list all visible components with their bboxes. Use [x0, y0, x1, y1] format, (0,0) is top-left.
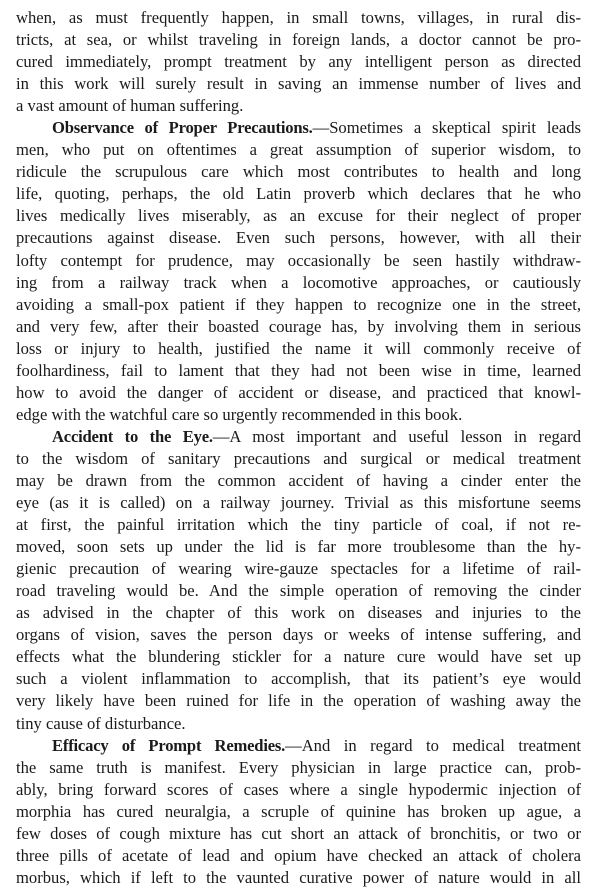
text-line: few doses of cough mixture has cut short… — [16, 823, 581, 845]
section-heading: Observance of Proper Precautions. — [52, 118, 313, 137]
text-line: life, quoting, perhaps, the old Latin pr… — [16, 183, 581, 205]
text-line: ing from a railway track when a locomoti… — [16, 272, 581, 294]
text-line: eye (as it is called) on a railway journ… — [16, 492, 581, 514]
text-line: loss or injury to health, justified the … — [16, 338, 581, 360]
text-line: men, who put on oftentimes a great assum… — [16, 139, 581, 161]
text-line: at first, the painful irritation which t… — [16, 514, 581, 536]
text-line: a vast amount of human suffering. — [16, 95, 581, 117]
text-line: ably, bring forward scores of cases wher… — [16, 779, 581, 801]
text-line: may be drawn from the common accident of… — [16, 470, 581, 492]
book-page: when, as must frequently happen, in smal… — [16, 7, 581, 889]
text-line: road traveling would be. And the simple … — [16, 580, 581, 602]
paragraph-first-line: Efficacy of Prompt Remedies.—And in rega… — [16, 735, 581, 757]
text-line: lives medically lives miserably, as an e… — [16, 205, 581, 227]
text-line: when, as must frequently happen, in smal… — [16, 7, 581, 29]
text-line: effects what the blundering stickler for… — [16, 646, 581, 668]
text-line: tricts, at sea, or whilst traveling in f… — [16, 29, 581, 51]
text-line: as advised in the chapter of this work o… — [16, 602, 581, 624]
text-line: gienic precaution of wearing wire-gauze … — [16, 558, 581, 580]
text-line: foolhardiness, fail to lament that they … — [16, 360, 581, 382]
section-heading: Efficacy of Prompt Remedies. — [52, 736, 285, 755]
text-run: —A most important and useful lesson in r… — [213, 427, 581, 446]
text-line: in this work will surely result in savin… — [16, 73, 581, 95]
paragraph-accident-to-the-eye: Accident to the Eye.—A most important an… — [16, 426, 581, 735]
section-heading: Accident to the Eye. — [52, 427, 213, 446]
text-line: three pills of acetate of lead and opium… — [16, 845, 581, 867]
text-line: to the wisdom of sanitary precautions an… — [16, 448, 581, 470]
paragraph-intro-continuation: when, as must frequently happen, in smal… — [16, 7, 581, 117]
text-line: avoiding a small-pox patient if they hap… — [16, 294, 581, 316]
text-line: and very few, after their boasted courag… — [16, 316, 581, 338]
text-line: morphia has cured neuralgia, a scruple o… — [16, 801, 581, 823]
text-line: lofty contempt for prudence, may occasio… — [16, 250, 581, 272]
text-line: ridicule the scrupulous care which most … — [16, 161, 581, 183]
paragraph-observance-of-proper-precautions: Observance of Proper Precautions.—Someti… — [16, 117, 581, 426]
text-line: moved, soon sets up under the lid is far… — [16, 536, 581, 558]
text-line: tiny cause of disturbance. — [16, 713, 581, 735]
text-line: how to avoid the danger of accident or d… — [16, 382, 581, 404]
paragraph-efficacy-of-prompt-remedies: Efficacy of Prompt Remedies.—And in rega… — [16, 735, 581, 889]
text-run: —Sometimes a skeptical spirit leads — [313, 118, 581, 137]
text-line: morbus, which if left to the vaunted cur… — [16, 867, 581, 889]
text-line: organs of vision, saves the person days … — [16, 624, 581, 646]
text-line: cured immediately, prompt treatment by a… — [16, 51, 581, 73]
paragraph-first-line: Observance of Proper Precautions.—Someti… — [16, 117, 581, 139]
text-line: precautions against disease. Even such p… — [16, 227, 581, 249]
text-line: very likely have been ruined for life in… — [16, 690, 581, 712]
text-line: the same truth is manifest. Every physic… — [16, 757, 581, 779]
text-run: —And in regard to medical treatment — [285, 736, 581, 755]
paragraph-first-line: Accident to the Eye.—A most important an… — [16, 426, 581, 448]
text-line: edge with the watchful care so urgently … — [16, 404, 581, 426]
text-line: such a violent inflammation to accomplis… — [16, 668, 581, 690]
